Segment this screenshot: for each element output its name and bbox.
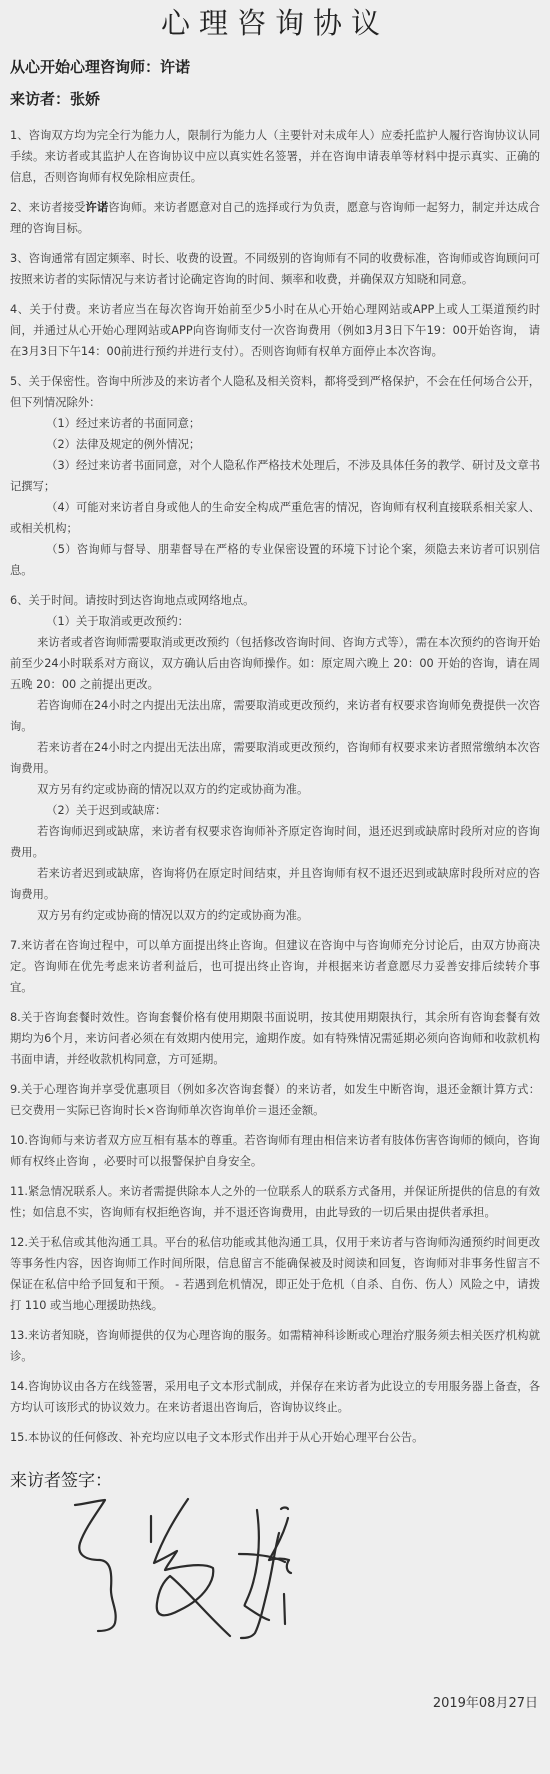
clause-11: 11.紧急情况联系人。来访者需提供除本人之外的一位联系人的联系方式备用，并保证所…: [10, 1181, 540, 1223]
clause-12: 12.关于私信或其他沟通工具。平台的私信功能或其他沟通工具，仅用于来访者与咨询师…: [10, 1232, 540, 1316]
clause-6-sub2-title: （2）关于迟到或缺席：: [10, 800, 540, 821]
clause-7: 7.来访者在咨询过程中，可以单方面提出终止咨询。但建议在咨询中与咨询师充分讨论后…: [10, 935, 540, 998]
clause-13: 13.来访者知晓，咨询师提供的仅为心理咨询的服务。如需精神科诊断或心理治疗服务须…: [10, 1325, 540, 1367]
clause-5-item: （5）咨询师与督导、朋辈督导在严格的专业保密设置的环境下讨论个案，须隐去来访者可…: [10, 539, 540, 581]
clause-9: 9.关于心理咨询并享受优惠项目（例如多次咨询套餐）的来访者，如发生中断咨询，退还…: [10, 1079, 540, 1121]
clause-6-sub1-title: （1）关于取消或更改预约：: [10, 611, 540, 632]
clause-3: 3、咨询通常有固定频率、时长、收费的设置。不同级别的咨询师有不同的收费标准，咨询…: [10, 248, 540, 290]
clause-5-intro: 5、关于保密性。咨询中所涉及的来访者个人隐私及相关资料，都将受到严格保护，不会在…: [10, 371, 540, 413]
visitor-label: 来访者：: [10, 90, 70, 108]
clause-6-sub2-para: 若来访者迟到或缺席，咨询将仍在原定时间结束，并且咨询师有权不退还迟到或缺席时段所…: [10, 863, 540, 905]
clause-5-item: （4）可能对来访者自身或他人的生命安全构成严重危害的情况，咨询师有权利直接联系相…: [10, 497, 540, 539]
clause-6-sub1-para: 来访者或者咨询师需要取消或更改预约（包括修改咨询时间、咨询方式等），需在本次预约…: [10, 632, 540, 695]
page-title: 心理咨询协议: [10, 0, 540, 47]
clause-5-item: （1）经过来访者的书面同意；: [10, 413, 540, 434]
clause-6-intro: 6、关于时间。请按时到达咨询地点或网络地点。: [10, 590, 540, 611]
clause-14: 14.咨询协议由各方在线签署，采用电子文本形式制成，并保存在来访者为此设立的专用…: [10, 1376, 540, 1418]
clause-2-prefix: 2、来访者接受: [10, 201, 85, 214]
clauses-list: 1、咨询双方均为完全行为能力人，限制行为能力人（主要针对未成年人）应委托监护人履…: [10, 125, 540, 1448]
agreement-page: 心理咨询协议 从心开始心理咨询师：许诺 来访者：张娇 1、咨询双方均为完全行为能…: [0, 0, 550, 1496]
signature-date: 2019年08月27日: [433, 1692, 538, 1711]
counselor-name: 许诺: [160, 58, 190, 76]
clause-5: 5、关于保密性。咨询中所涉及的来访者个人隐私及相关资料，都将受到严格保护，不会在…: [10, 371, 540, 581]
clause-8: 8.关于咨询套餐时效性。咨询套餐价格有使用期限书面说明，按其使用期限执行，其余所…: [10, 1007, 540, 1070]
clause-2-counselor-name: 许诺: [85, 201, 108, 214]
clause-1: 1、咨询双方均为完全行为能力人，限制行为能力人（主要针对未成年人）应委托监护人履…: [10, 125, 540, 188]
clause-6-sub1-para: 双方另有约定或协商的情况以双方的约定或协商为准。: [10, 779, 540, 800]
clause-5-item: （3）经过来访者书面同意，对个人隐私作严格技术处理后，不涉及具体任务的教学、研讨…: [10, 455, 540, 497]
visitor-line: 来访者：张娇: [10, 83, 540, 115]
clause-6-sub2-para: 双方另有约定或协商的情况以双方的约定或协商为准。: [10, 905, 540, 926]
handwritten-signature: [55, 1488, 315, 1648]
clause-6-sub2-para: 若咨询师迟到或缺席，来访者有权要求咨询师补齐原定咨询时间，退还迟到或缺席时段所对…: [10, 821, 540, 863]
counselor-label: 从心开始心理咨询师：: [10, 58, 160, 76]
counselor-line: 从心开始心理咨询师：许诺: [10, 51, 540, 83]
clause-15: 15.本协议的任何修改、补充均应以电子文本形式作出并于从心开始心理平台公告。: [10, 1427, 540, 1448]
clause-6-sub1-para: 若来访者在24小时之内提出无法出席，需要取消或更改预约，咨询师有权要求来访者照常…: [10, 737, 540, 779]
clause-6-sub1-para: 若咨询师在24小时之内提出无法出席，需要取消或更改预约，来访者有权要求咨询师免费…: [10, 695, 540, 737]
clause-5-item: （2）法律及规定的例外情况；: [10, 434, 540, 455]
clause-2: 2、来访者接受许诺咨询师。来访者愿意对自己的选择或行为负责，愿意与咨询师一起努力…: [10, 197, 540, 239]
clause-4: 4、关于付费。来访者应当在每次咨询开始前至少5小时在从心开始心理网站或APP上或…: [10, 299, 540, 362]
clause-10: 10.咨询师与来访者双方应互相有基本的尊重。若咨询师有理由相信来访者有肢体伤害咨…: [10, 1130, 540, 1172]
clause-6: 6、关于时间。请按时到达咨询地点或网络地点。 （1）关于取消或更改预约： 来访者…: [10, 590, 540, 926]
visitor-name: 张娇: [70, 90, 100, 108]
